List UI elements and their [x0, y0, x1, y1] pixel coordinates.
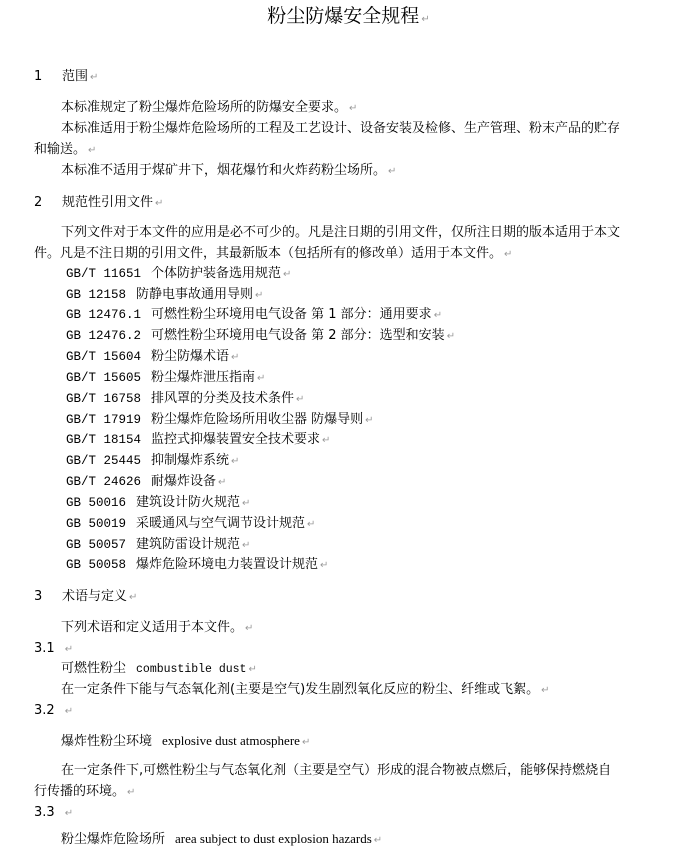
term-number: 3.2↵ — [34, 703, 73, 720]
section-3-heading: 3术语与定义↵ — [34, 589, 137, 606]
reference-item: GB 12158防静电事故通用导则↵ — [66, 287, 263, 304]
reference-item: GB/T 11651个体防护装备选用规范↵ — [66, 266, 291, 283]
document-title: 粉尘防爆安全规程↵ — [0, 4, 697, 32]
term-name: 粉尘爆炸危险场所area subject to dust explosion h… — [61, 831, 382, 849]
reference-item: GB/T 24626耐爆炸设备↵ — [66, 474, 226, 491]
reference-item: GB/T 17919粉尘爆炸危险场所用收尘器 防爆导则↵ — [66, 412, 374, 429]
section-2-intro: 件。凡是不注日期的引用文件，其最新版本（包括所有的修改单）适用于本文件。↵ — [34, 246, 512, 263]
term-definition: 在一定条件下能与气态氧化剂(主要是空气)发生剧烈氧化反应的粉尘、纤维或飞絮。↵ — [61, 682, 550, 699]
reference-item: GB/T 18154监控式抑爆装置安全技术要求↵ — [66, 432, 330, 449]
term-name: 爆炸性粉尘环境explosive dust atmosphere↵ — [61, 733, 310, 751]
reference-item: GB 50019采暖通风与空气调节设计规范↵ — [66, 516, 315, 533]
section-1-paragraph: 本标准规定了粉尘爆炸危险场所的防爆安全要求。↵ — [61, 100, 357, 117]
section-2-heading: 2规范性引用文件↵ — [34, 195, 163, 212]
term-definition: 在一定条件下,可燃性粉尘与气态氧化剂（主要是空气）形成的混合物被点燃后，能够保持… — [61, 763, 611, 779]
section-1-paragraph: 本标准不适用于煤矿井下，烟花爆竹和火炸药粉尘场所。↵ — [61, 163, 396, 180]
reference-item: GB 50016建筑设计防火规范↵ — [66, 495, 250, 512]
reference-item: GB/T 25445抑制爆炸系统↵ — [66, 453, 239, 470]
reference-item: GB 12476.2可燃性粉尘环境用电气设备 第 2 部分：选型和安装↵ — [66, 328, 455, 345]
section-2-intro: 下列文件对于本文件的应用是必不可少的。凡是注日期的引用文件，仅所注日期的版本适用… — [61, 225, 620, 241]
section-1-paragraph: 和输送。↵ — [34, 142, 96, 159]
reference-item: GB 50057建筑防雷设计规范↵ — [66, 537, 250, 554]
reference-item: GB/T 15605粉尘爆炸泄压指南↵ — [66, 370, 265, 387]
document-page: 粉尘防爆安全规程↵ 1范围↵ 本标准规定了粉尘爆炸危险场所的防爆安全要求。↵ 本… — [0, 0, 697, 852]
term-number: 3.1↵ — [34, 641, 73, 658]
reference-item: GB/T 16758排风罩的分类及技术条件↵ — [66, 391, 304, 408]
reference-item: GB 12476.1可燃性粉尘环境用电气设备 第 1 部分：通用要求↵ — [66, 307, 442, 324]
reference-item: GB 50058爆炸危险环境电力装置设计规范↵ — [66, 557, 328, 574]
reference-item: GB/T 15604粉尘防爆术语↵ — [66, 349, 239, 366]
term-number: 3.3↵ — [34, 805, 73, 822]
section-1-paragraph: 本标准适用于粉尘爆炸危险场所的工程及工艺设计、设备安装及检修、生产管理、粉末产品… — [61, 121, 620, 137]
section-3-intro: 下列术语和定义适用于本文件。↵ — [61, 620, 253, 637]
term-definition: 行传播的环境。↵ — [34, 784, 135, 801]
section-1-heading: 1范围↵ — [34, 69, 98, 86]
term-name: 可燃性粉尘combustible dust↵ — [61, 661, 257, 678]
